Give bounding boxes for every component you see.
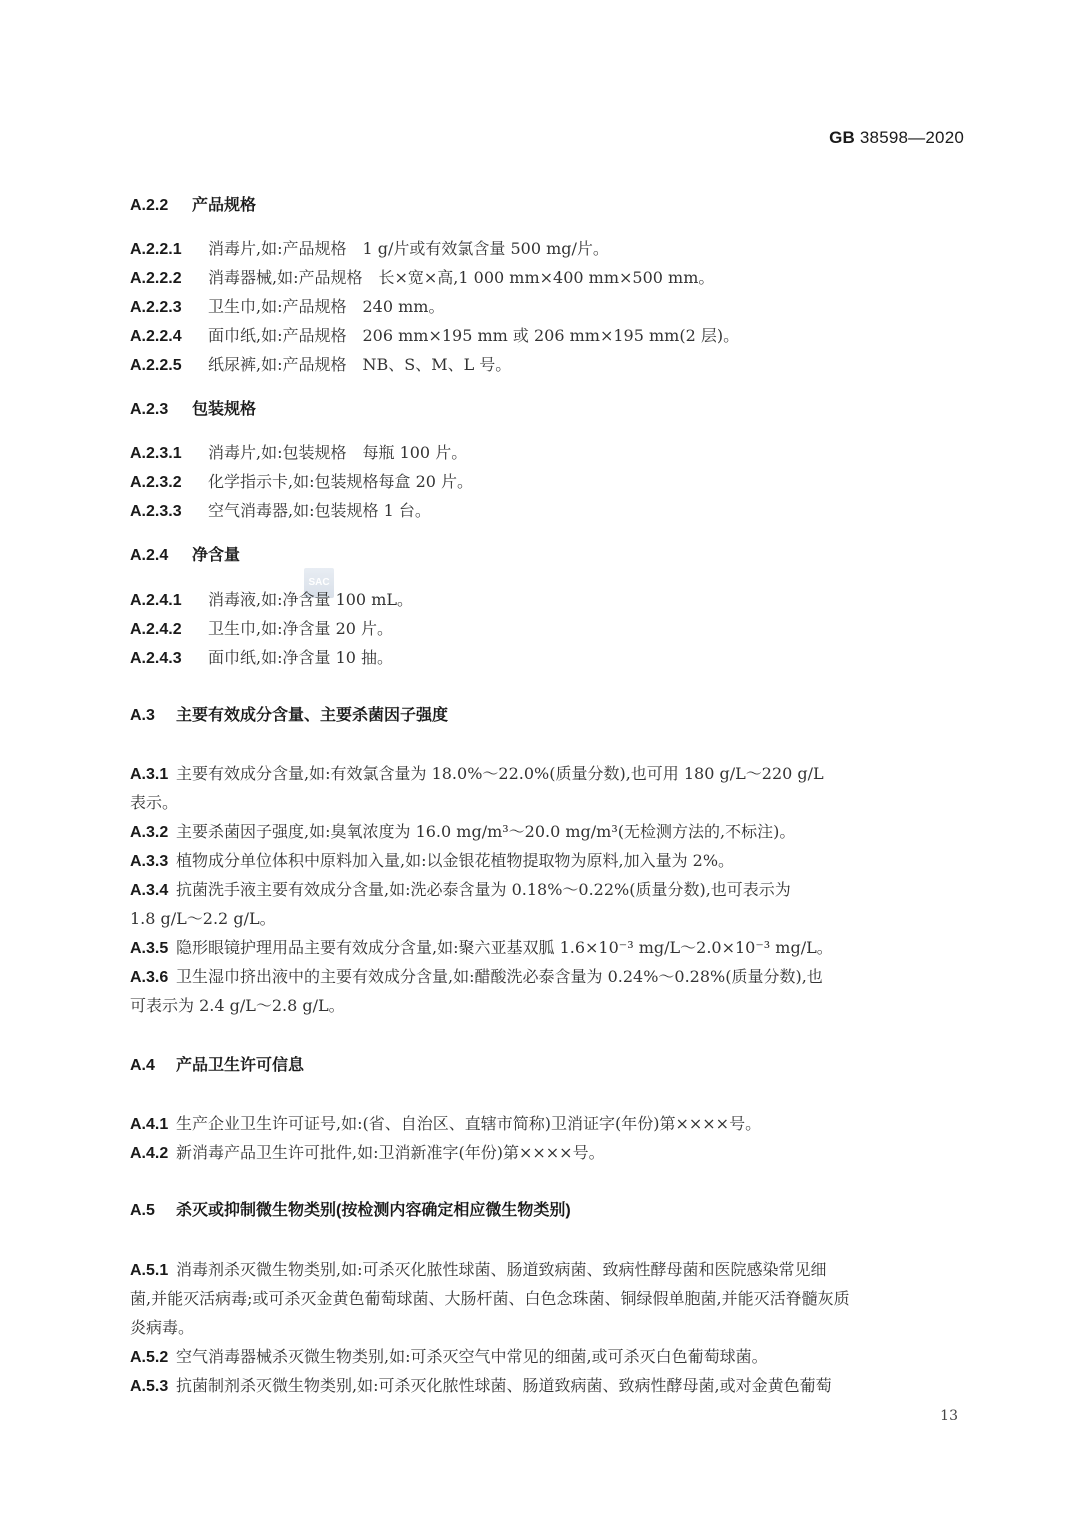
clause-continuation: 表示。 xyxy=(130,793,966,813)
clause-text: 抗菌洗手液主要有效成分含量,如:洗必泰含量为 0.18%～0.22%(质量分数)… xyxy=(176,880,791,899)
clause-text: 消毒液,如:净含量 100 mL。 xyxy=(208,590,413,609)
clause-continuation: 炎病毒。 xyxy=(130,1318,966,1338)
section-heading: A.4产品卫生许可信息 xyxy=(130,1056,966,1076)
clause-item: A.2.4.3面巾纸,如:净含量 10 抽。 xyxy=(130,648,966,669)
clause-number: A.2.4.1 xyxy=(130,591,208,611)
clause-text: 纸尿裤,如:产品规格 NB、S、M、L 号。 xyxy=(208,355,511,374)
section-number: A.5 xyxy=(130,1201,176,1221)
clause-item: A.2.4.1消毒液,如:净含量 100 mL。 xyxy=(130,590,966,611)
section-heading: A.3主要有效成分含量、主要杀菌因子强度 xyxy=(130,706,966,726)
clause-item: A.2.2.3卫生巾,如:产品规格 240 mm。 xyxy=(130,297,966,318)
clause-text: 消毒器械,如:产品规格 长×宽×高,1 000 mm×400 mm×500 mm… xyxy=(208,268,714,287)
clause-item: A.2.2.5纸尿裤,如:产品规格 NB、S、M、L 号。 xyxy=(130,355,966,376)
section-title: 产品卫生许可信息 xyxy=(176,1057,304,1074)
clause-number: A.2.3.1 xyxy=(130,444,208,464)
clause-item: A.2.3.3空气消毒器,如:包装规格 1 台。 xyxy=(130,501,966,522)
clause-item: A.2.3.2化学指示卡,如:包装规格每盒 20 片。 xyxy=(130,472,966,493)
clause-item: A.4.2新消毒产品卫生许可批件,如:卫消新准字(年份)第××××号。 xyxy=(130,1143,966,1164)
clause-number: A.5.1 xyxy=(130,1261,176,1281)
section-heading: A.2.4净含量 xyxy=(130,546,966,566)
clause-number: A.2.4.3 xyxy=(130,649,208,669)
clause-number: A.3.1 xyxy=(130,765,176,785)
clause-number: A.5.2 xyxy=(130,1348,176,1368)
standard-code: GB 38598—2020 xyxy=(829,128,964,148)
section-title: 净含量 xyxy=(192,547,240,564)
clause-item: A.3.1主要有效成分含量,如:有效氯含量为 18.0%～22.0%(质量分数)… xyxy=(130,764,966,785)
clause-text: 消毒片,如:产品规格 1 g/片或有效氯含量 500 mg/片。 xyxy=(208,239,609,258)
clause-item: A.2.4.2卫生巾,如:净含量 20 片。 xyxy=(130,619,966,640)
standard-prefix: GB xyxy=(829,128,855,147)
clause-item: A.3.5隐形眼镜护理用品主要有效成分含量,如:聚六亚基双胍 1.6×10⁻³ … xyxy=(130,938,966,959)
clause-item: A.4.1生产企业卫生许可证号,如:(省、自治区、直辖市简称)卫消证字(年份)第… xyxy=(130,1114,966,1135)
clause-item: A.2.2.4面巾纸,如:产品规格 206 mm×195 mm 或 206 mm… xyxy=(130,326,966,347)
section-heading: A.5杀灭或抑制微生物类别(按检测内容确定相应微生物类别) xyxy=(130,1201,966,1221)
clause-text: 卫生巾,如:产品规格 240 mm。 xyxy=(208,297,444,316)
page-number: 13 xyxy=(940,1408,958,1424)
clause-item: A.3.6卫生湿巾挤出液中的主要有效成分含量,如:醋酸洗必泰含量为 0.24%～… xyxy=(130,967,966,988)
section-number: A.2.4 xyxy=(130,546,192,566)
clause-text: 面巾纸,如:产品规格 206 mm×195 mm 或 206 mm×195 mm… xyxy=(208,326,739,345)
clause-number: A.2.2.1 xyxy=(130,240,208,260)
section-title: 杀灭或抑制微生物类别(按检测内容确定相应微生物类别) xyxy=(176,1202,571,1219)
clause-text: 空气消毒器械杀灭微生物类别,如:可杀灭空气中常见的细菌,或可杀灭白色葡萄球菌。 xyxy=(176,1347,768,1366)
clause-number: A.3.3 xyxy=(130,852,176,872)
clause-number: A.5.3 xyxy=(130,1377,176,1397)
clause-item: A.5.1消毒剂杀灭微生物类别,如:可杀灭化脓性球菌、肠道致病菌、致病性酵母菌和… xyxy=(130,1260,966,1281)
clause-continuation: 菌,并能灭活病毒;或可杀灭金黄色葡萄球菌、大肠杆菌、白色念珠菌、铜绿假单胞菌,并… xyxy=(130,1289,966,1309)
section-heading: A.2.3包装规格 xyxy=(130,400,966,420)
clause-number: A.2.3.2 xyxy=(130,473,208,493)
section-number: A.2.3 xyxy=(130,400,192,420)
clause-number: A.2.4.2 xyxy=(130,620,208,640)
clause-text: 卫生巾,如:净含量 20 片。 xyxy=(208,619,393,638)
clause-item: A.2.3.1消毒片,如:包装规格 每瓶 100 片。 xyxy=(130,443,966,464)
section-title: 产品规格 xyxy=(192,197,256,214)
clause-number: A.2.2.2 xyxy=(130,269,208,289)
section-title: 包装规格 xyxy=(192,401,256,418)
section-number: A.3 xyxy=(130,706,176,726)
clause-text: 空气消毒器,如:包装规格 1 台。 xyxy=(208,501,431,520)
clause-number: A.4.1 xyxy=(130,1115,176,1135)
clause-item: A.5.2空气消毒器械杀灭微生物类别,如:可杀灭空气中常见的细菌,或可杀灭白色葡… xyxy=(130,1347,966,1368)
clause-number: A.4.2 xyxy=(130,1144,176,1164)
clause-text: 化学指示卡,如:包装规格每盒 20 片。 xyxy=(208,472,473,491)
clause-text: 抗菌制剂杀灭微生物类别,如:可杀灭化脓性球菌、肠道致病菌、致病性酵母菌,或对金黄… xyxy=(176,1376,832,1395)
clause-text: 隐形眼镜护理用品主要有效成分含量,如:聚六亚基双胍 1.6×10⁻³ mg/L～… xyxy=(176,938,833,957)
standard-number: 38598—2020 xyxy=(860,128,964,147)
clause-text: 生产企业卫生许可证号,如:(省、自治区、直辖市简称)卫消证字(年份)第××××号… xyxy=(176,1114,761,1133)
clause-text: 消毒剂杀灭微生物类别,如:可杀灭化脓性球菌、肠道致病菌、致病性酵母菌和医院感染常… xyxy=(176,1260,826,1279)
clause-number: A.2.2.5 xyxy=(130,356,208,376)
clause-item: A.3.2主要杀菌因子强度,如:臭氧浓度为 16.0 mg/m³～20.0 mg… xyxy=(130,822,966,843)
clause-text: 新消毒产品卫生许可批件,如:卫消新准字(年份)第××××号。 xyxy=(176,1143,605,1162)
clause-item: A.2.2.2消毒器械,如:产品规格 长×宽×高,1 000 mm×400 mm… xyxy=(130,268,966,289)
clause-text: 主要有效成分含量,如:有效氯含量为 18.0%～22.0%(质量分数),也可用 … xyxy=(176,764,824,783)
clause-continuation: 1.8 g/L～2.2 g/L。 xyxy=(130,909,966,929)
clause-item: A.3.3植物成分单位体积中原料加入量,如:以金银花植物提取物为原料,加入量为 … xyxy=(130,851,966,872)
clause-continuation: 可表示为 2.4 g/L～2.8 g/L。 xyxy=(130,996,966,1016)
clause-number: A.3.5 xyxy=(130,939,176,959)
clause-text: 面巾纸,如:净含量 10 抽。 xyxy=(208,648,393,667)
clause-number: A.3.6 xyxy=(130,968,176,988)
clause-text: 主要杀菌因子强度,如:臭氧浓度为 16.0 mg/m³～20.0 mg/m³(无… xyxy=(176,822,795,841)
section-heading: A.2.2产品规格 xyxy=(130,196,966,216)
clause-text: 卫生湿巾挤出液中的主要有效成分含量,如:醋酸洗必泰含量为 0.24%～0.28%… xyxy=(176,967,823,986)
clause-text: 消毒片,如:包装规格 每瓶 100 片。 xyxy=(208,443,467,462)
clause-number: A.2.3.3 xyxy=(130,502,208,522)
clause-item: A.2.2.1消毒片,如:产品规格 1 g/片或有效氯含量 500 mg/片。 xyxy=(130,239,966,260)
clause-number: A.3.4 xyxy=(130,881,176,901)
section-number: A.4 xyxy=(130,1056,176,1076)
section-title: 主要有效成分含量、主要杀菌因子强度 xyxy=(176,707,448,724)
section-number: A.2.2 xyxy=(130,196,192,216)
clause-item: A.5.3抗菌制剂杀灭微生物类别,如:可杀灭化脓性球菌、肠道致病菌、致病性酵母菌… xyxy=(130,1376,966,1397)
clause-item: A.3.4抗菌洗手液主要有效成分含量,如:洗必泰含量为 0.18%～0.22%(… xyxy=(130,880,966,901)
clause-text: 植物成分单位体积中原料加入量,如:以金银花植物提取物为原料,加入量为 2%。 xyxy=(176,851,734,870)
clause-number: A.2.2.4 xyxy=(130,327,208,347)
clause-number: A.3.2 xyxy=(130,823,176,843)
clause-number: A.2.2.3 xyxy=(130,298,208,318)
